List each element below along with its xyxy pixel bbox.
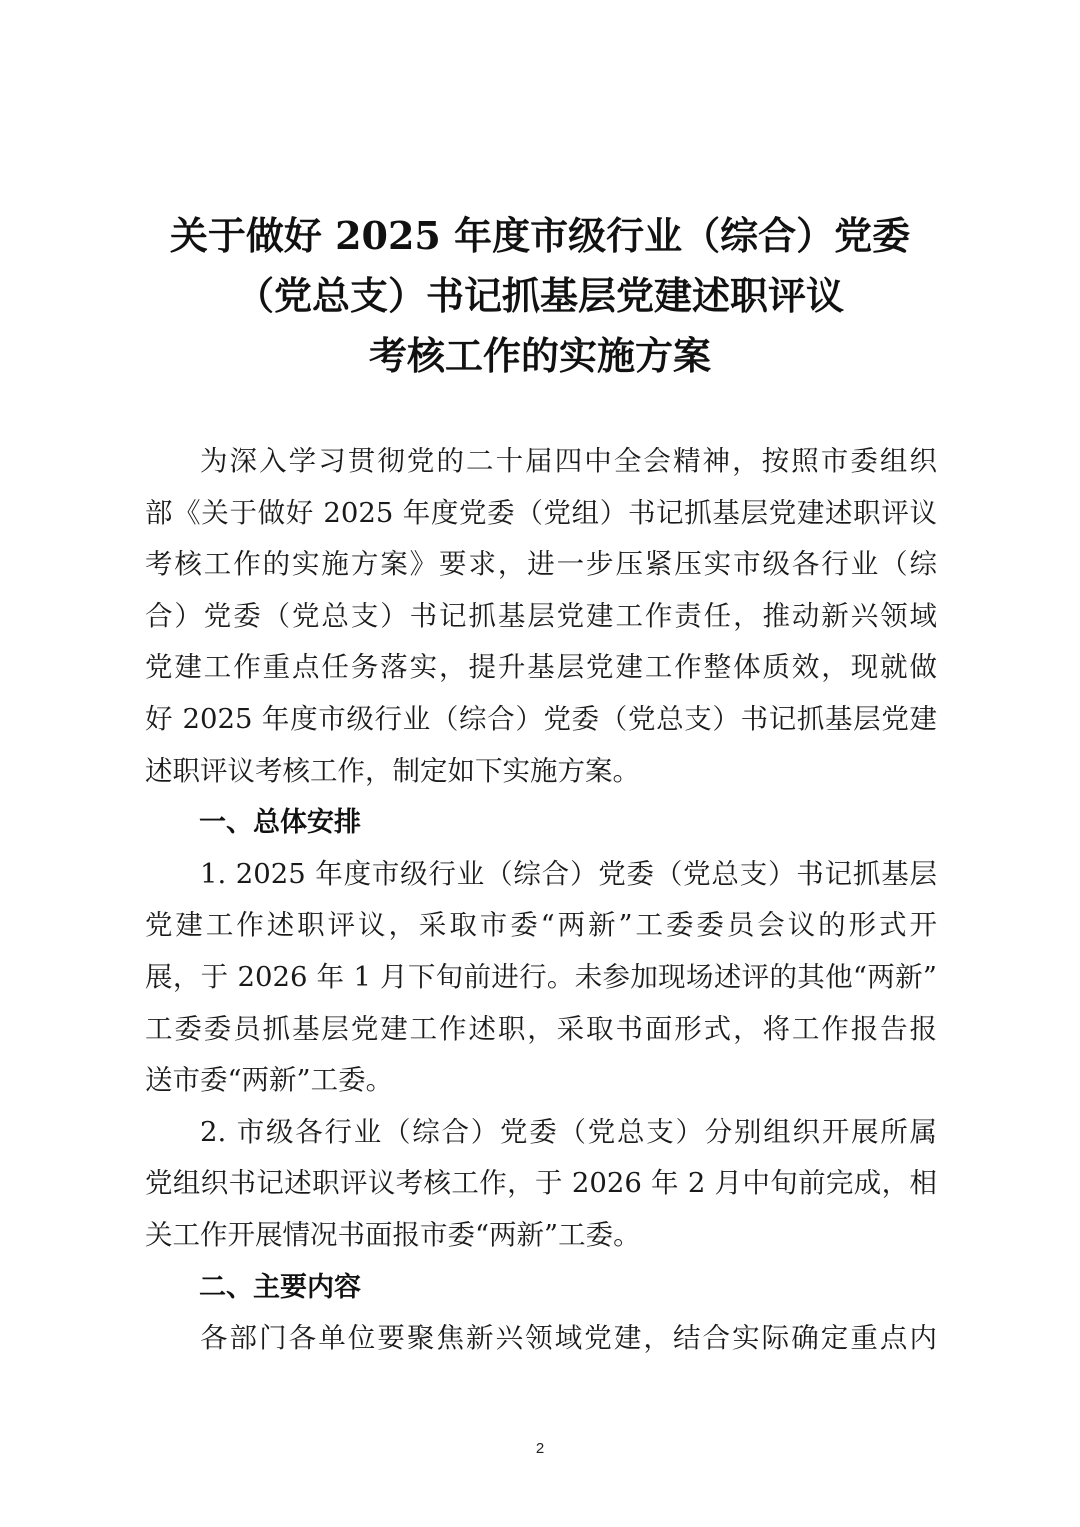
text-line: 工委委员抓基层党建工作述职，采取书面形式，将工作报告报 [145,1004,937,1056]
page-number: 2 [0,1440,1080,1457]
title-line-2: （党总支）书记抓基层党建述职评议 [0,266,1080,326]
text-line: 关工作开展情况书面报市委“两新”工委。 [145,1210,937,1262]
text-line: 1. 2025 年度市级行业（综合）党委（党总支）书记抓基层 [145,849,937,901]
text-line: 各部门各单位要聚焦新兴领域党建，结合实际确定重点内 [145,1313,937,1365]
document-page: 关于做好 2025 年度市级行业（综合）党委 （党总支）书记抓基层党建述职评议 … [0,0,1080,1527]
section-1-paragraph-2: 2. 市级各行业（综合）党委（党总支）分别组织开展所属 党组织书记述职评议考核工… [145,1107,937,1262]
document-title: 关于做好 2025 年度市级行业（综合）党委 （党总支）书记抓基层党建述职评议 … [0,206,1080,386]
section-2-paragraph-1: 各部门各单位要聚焦新兴领域党建，结合实际确定重点内 [145,1313,937,1365]
text-line: 为深入学习贯彻党的二十届四中全会精神，按照市委组织 [145,436,937,488]
text-line: 党组织书记述职评议考核工作，于 2026 年 2 月中旬前完成，相 [145,1158,937,1210]
text-line: 合）党委（党总支）书记抓基层党建工作责任，推动新兴领域 [145,591,937,643]
document-body: 为深入学习贯彻党的二十届四中全会精神，按照市委组织 部《关于做好 2025 年度… [145,436,937,1365]
section-heading-overall-arrangement: 一、总体安排 [145,797,937,849]
text-line: 好 2025 年度市级行业（综合）党委（党总支）书记抓基层党建 [145,694,937,746]
section-1-paragraph-1: 1. 2025 年度市级行业（综合）党委（党总支）书记抓基层 党建工作述职评议，… [145,849,937,1107]
text-line: 2. 市级各行业（综合）党委（党总支）分别组织开展所属 [145,1107,937,1159]
text-line: 党建工作重点任务落实，提升基层党建工作整体质效，现就做 [145,642,937,694]
text-line: 党建工作述职评议，采取市委“两新”工委委员会议的形式开 [145,900,937,952]
intro-paragraph: 为深入学习贯彻党的二十届四中全会精神，按照市委组织 部《关于做好 2025 年度… [145,436,937,797]
text-line: 考核工作的实施方案》要求，进一步压紧压实市级各行业（综 [145,539,937,591]
title-line-3: 考核工作的实施方案 [0,326,1080,386]
section-heading-main-content: 二、主要内容 [145,1262,937,1314]
text-line: 述职评议考核工作，制定如下实施方案。 [145,746,937,798]
text-line: 展，于 2026 年 1 月下旬前进行。未参加现场述评的其他“两新” [145,952,937,1004]
title-line-1: 关于做好 2025 年度市级行业（综合）党委 [0,206,1080,266]
text-line: 送市委“两新”工委。 [145,1055,937,1107]
text-line: 部《关于做好 2025 年度党委（党组）书记抓基层党建述职评议 [145,488,937,540]
